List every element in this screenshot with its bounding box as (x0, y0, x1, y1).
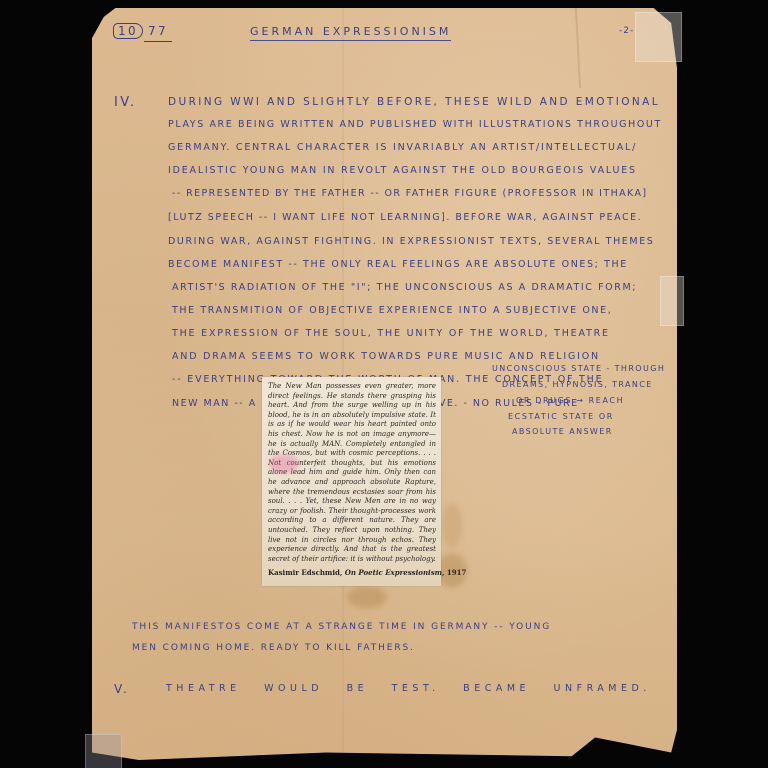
side-note-line: ecstatic state or (508, 412, 614, 421)
tape-strip (635, 12, 682, 62)
side-note-line: dreams, hypnosis, trance (502, 380, 653, 389)
handwritten-line: During WWI and slightly before, these wi… (168, 96, 660, 108)
handwritten-line: -- represented by the father -- or fathe… (172, 188, 648, 199)
page-title: German Expressionism (250, 25, 451, 41)
clipping-citation: Kasimir Edschmid, On Poetic Expressionis… (268, 568, 438, 577)
paper-tear (575, 8, 581, 88)
handwritten-line: men coming home. Ready to kill fathers. (132, 643, 415, 653)
handwritten-line: the transmition of objective experience … (172, 305, 612, 316)
handwritten-line: artist's radiation of the "I"; The uncon… (172, 282, 637, 293)
folio-number: 77 (144, 24, 172, 42)
section-v-numeral: V. (114, 682, 129, 696)
citation-year: , 1917 (442, 568, 466, 577)
handwritten-line: Germany. Central character is invariably… (168, 142, 637, 153)
handwritten-line: plays are being written and published wi… (168, 119, 662, 130)
pink-highlight-mark (270, 455, 298, 473)
tape-strip (660, 276, 684, 326)
handwritten-line: During war, against fighting. In express… (168, 236, 654, 247)
citation-title: On Poetic Expressionism (345, 568, 442, 577)
handwritten-line: and drama seems to work towards pure mus… (172, 351, 600, 362)
side-note-line: unconscious state - through (492, 364, 665, 373)
side-note-line: absolute answer (512, 427, 613, 436)
handwritten-line: the expression of the soul, the unity of… (172, 328, 610, 339)
box-number: 10 (113, 24, 143, 38)
box-number-label: 10 (113, 23, 143, 39)
quote-clipping: The New Man possesses even greater, more… (262, 377, 441, 586)
handwritten-line: This manifestos come at a strange time i… (132, 622, 551, 632)
water-stain (347, 586, 387, 608)
water-stain (442, 503, 462, 548)
tape-strip (85, 734, 122, 768)
clipping-quote-text: The New Man possesses even greater, more… (268, 382, 436, 564)
side-note-line: or drugs → reach (516, 396, 624, 405)
citation-author: Kasimir Edschmid, (268, 568, 345, 577)
section-iv-numeral: IV. (114, 95, 136, 110)
handwritten-line: [Lutz speech -- I want life not learning… (168, 212, 642, 223)
section-v-text: Theatre would be test. Became unframed. (166, 683, 651, 694)
handwritten-line: idealistic young man in revolt against t… (168, 165, 637, 176)
page-number: -2- (619, 26, 634, 36)
handwritten-line: become manifest -- The only real feeling… (168, 259, 628, 270)
